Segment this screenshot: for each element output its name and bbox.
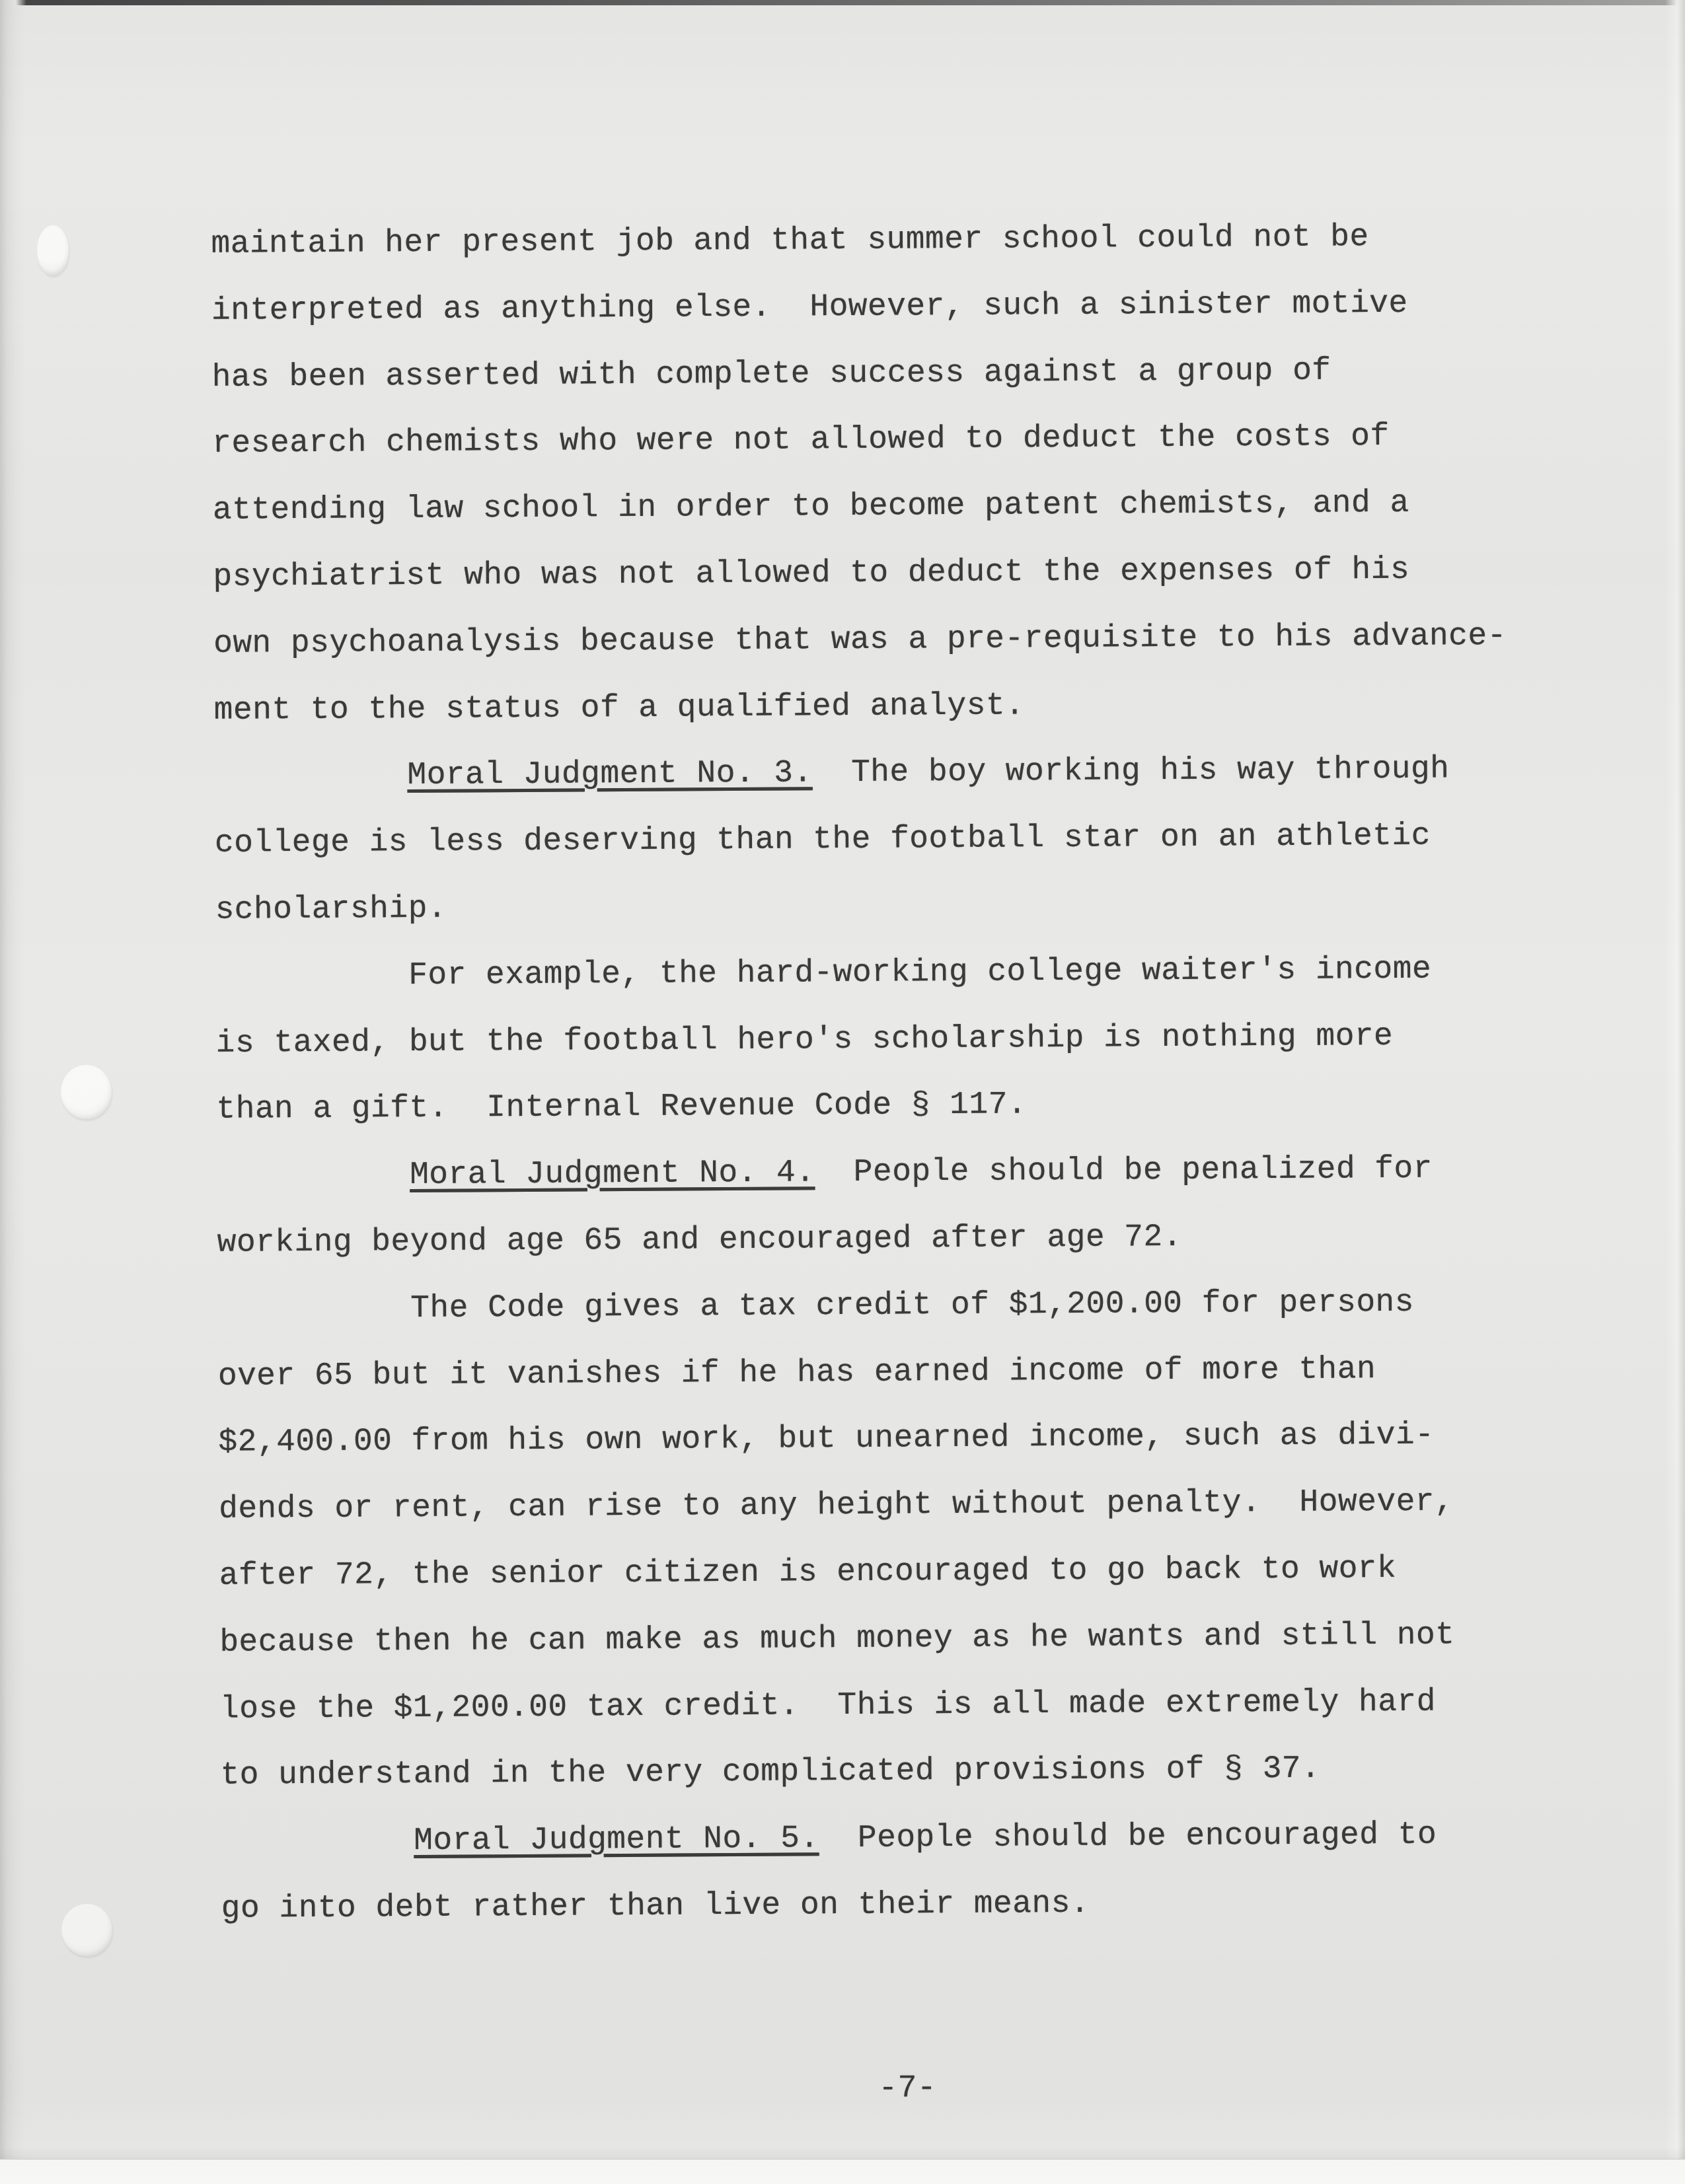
heading-line: Moral Judgment No. 3. The boy working hi… bbox=[214, 754, 1449, 793]
text-line: lose the $1,200.00 tax credit. This is a… bbox=[220, 1686, 1436, 1725]
heading-indent bbox=[214, 758, 407, 795]
heading-indent bbox=[221, 1823, 414, 1860]
text-line: has been asserted with complete success … bbox=[211, 355, 1331, 393]
heading-indent bbox=[217, 1157, 410, 1194]
scanner-bed-strip bbox=[0, 2159, 1685, 2184]
text-line: working beyond age 65 and encouraged aft… bbox=[217, 1221, 1182, 1259]
scanned-document-page: maintain her present job and that summer… bbox=[0, 0, 1685, 2184]
page-bottom-shadow bbox=[0, 2147, 1685, 2159]
text-line: after 72, the senior citizen is encourag… bbox=[219, 1553, 1397, 1592]
text-line: to understand in the very complicated pr… bbox=[220, 1753, 1320, 1792]
text-line: psychiatrist who was not allowed to dedu… bbox=[213, 554, 1409, 593]
heading-line: Moral Judgment No. 4. People should be p… bbox=[217, 1153, 1433, 1192]
text-line: scholarship. bbox=[215, 893, 447, 926]
text-line: over 65 but it vanishes if he has earned… bbox=[218, 1354, 1376, 1393]
text-line: attending law school in order to become … bbox=[213, 488, 1409, 527]
text-line: maintain her present job and that summer… bbox=[211, 221, 1369, 260]
page-number: -7- bbox=[878, 2072, 936, 2105]
text-line: because then he can make as much money a… bbox=[219, 1619, 1454, 1658]
typewritten-text-block: maintain her present job and that summer… bbox=[0, 0, 1685, 2184]
section-heading: Moral Judgment No. 5. bbox=[414, 1821, 819, 1859]
text-line: dends or rent, can rise to any height wi… bbox=[219, 1486, 1454, 1525]
text-line: is taxed, but the football hero's schola… bbox=[216, 1021, 1394, 1060]
text-line: For example, the hard-working college wa… bbox=[215, 953, 1431, 992]
text-line: college is less deserving than the footb… bbox=[215, 820, 1431, 859]
heading-line: Moral Judgment No. 5. People should be e… bbox=[221, 1819, 1437, 1858]
text-line: own psychoanalysis because that was a pr… bbox=[213, 620, 1507, 660]
heading-line-text: The boy working his way through bbox=[813, 752, 1450, 791]
text-line: $2,400.00 from his own work, but unearne… bbox=[218, 1420, 1434, 1459]
heading-line-text: People should be penalized for bbox=[815, 1151, 1433, 1191]
text-line: research chemists who were not allowed t… bbox=[212, 421, 1390, 460]
section-heading: Moral Judgment No. 3. bbox=[407, 756, 813, 794]
text-line: The Code gives a tax credit of $1,200.00… bbox=[217, 1287, 1414, 1326]
heading-line-text: People should be encouraged to bbox=[819, 1817, 1437, 1857]
text-line: ment to the status of a qualified analys… bbox=[214, 690, 1025, 726]
text-line: go into debt rather than live on their m… bbox=[221, 1888, 1090, 1925]
text-line: interpreted as anything else. However, s… bbox=[211, 288, 1408, 327]
section-heading: Moral Judgment No. 4. bbox=[410, 1155, 815, 1193]
text-line: than a gift. Internal Revenue Code § 117… bbox=[216, 1089, 1027, 1126]
